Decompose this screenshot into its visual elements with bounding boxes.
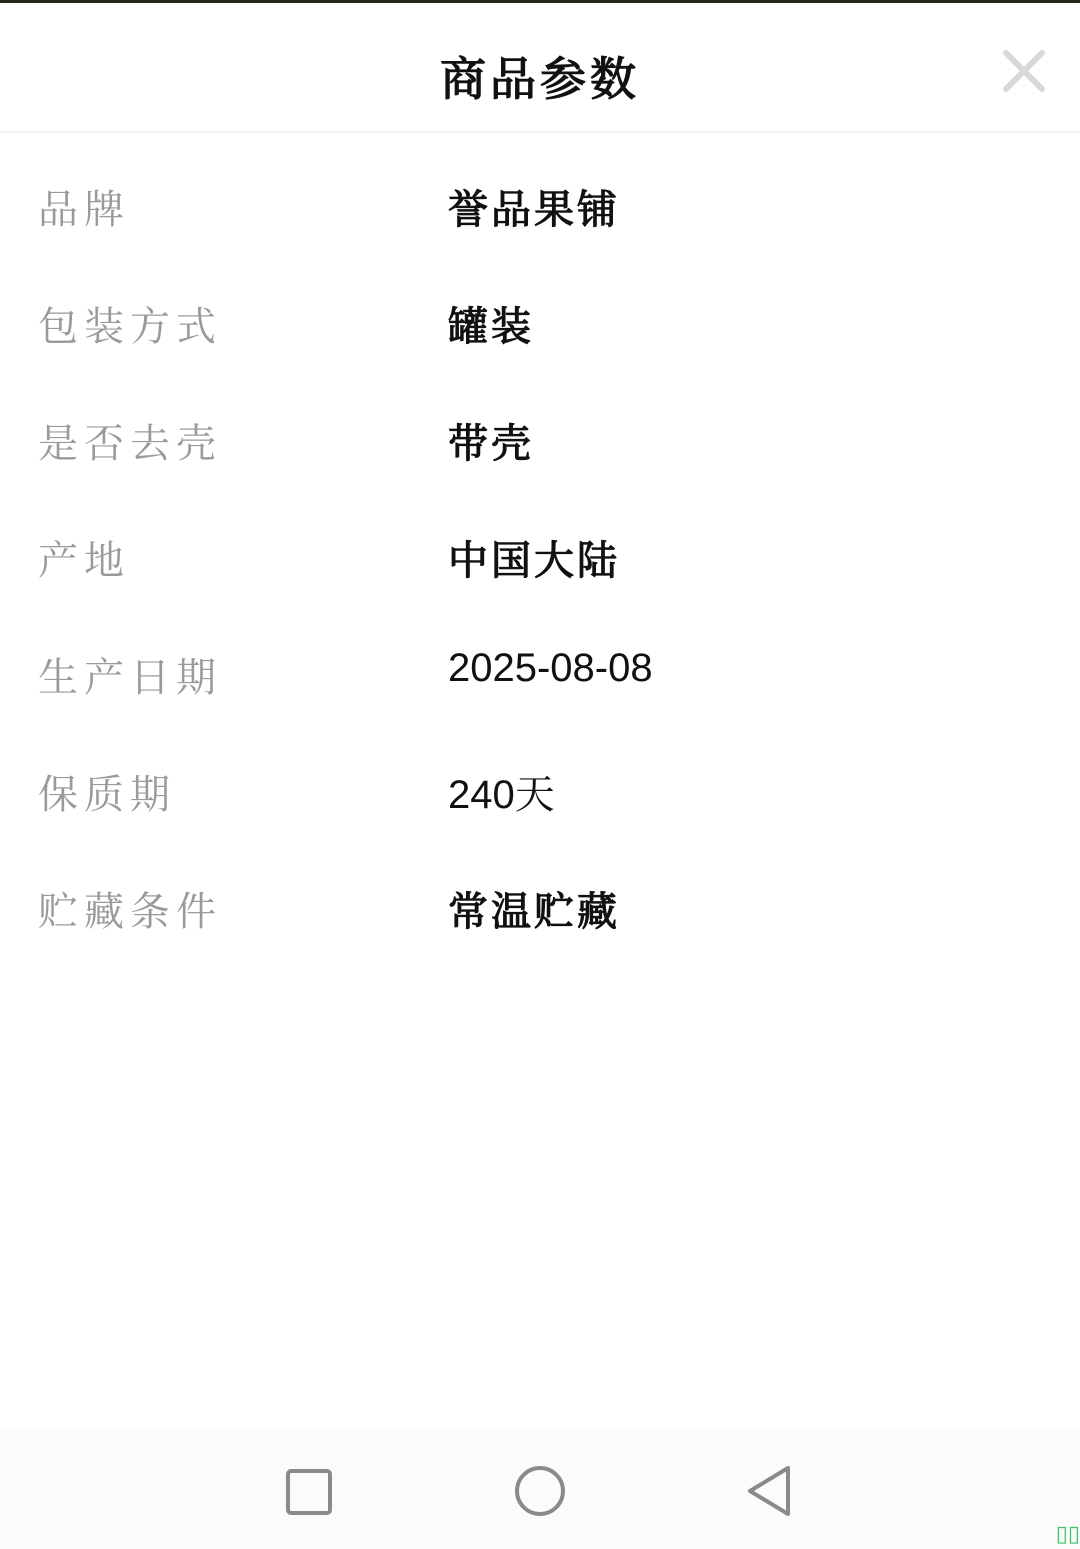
- param-value: 带壳: [448, 412, 534, 469]
- param-value: 罐装: [448, 295, 534, 352]
- recent-apps-icon: [279, 1460, 339, 1520]
- close-button[interactable]: [1000, 47, 1048, 95]
- back-button[interactable]: [740, 1460, 800, 1520]
- param-row-shelled: 是否去壳 带壳: [0, 380, 1080, 497]
- param-label: 包装方式: [38, 295, 222, 352]
- recent-apps-button[interactable]: [279, 1460, 339, 1520]
- close-icon: [1000, 47, 1048, 95]
- param-value: 中国大陆: [448, 529, 620, 586]
- param-row-production-date: 生产日期 2025-08-08: [0, 614, 1080, 731]
- home-icon: [510, 1460, 570, 1520]
- params-list: 品牌 誉品果铺 包装方式 罐装 是否去壳 带壳 产地 中国大陆 生产日期 202…: [0, 146, 1080, 965]
- param-label: 是否去壳: [38, 412, 222, 469]
- param-label: 保质期: [38, 763, 176, 820]
- system-navbar: [0, 1430, 1080, 1549]
- param-row-shelf-life: 保质期 240天: [0, 731, 1080, 848]
- param-label: 生产日期: [38, 646, 222, 703]
- param-row-brand: 品牌 誉品果铺: [0, 146, 1080, 263]
- param-value: 2025-08-08: [448, 646, 653, 691]
- back-icon: [740, 1460, 800, 1520]
- param-value: 240天: [448, 763, 555, 820]
- param-row-packaging: 包装方式 罐装: [0, 263, 1080, 380]
- param-row-storage: 贮藏条件 常温贮藏: [0, 848, 1080, 965]
- sheet-header: 商品参数: [0, 3, 1080, 133]
- param-label: 产地: [38, 529, 130, 586]
- param-value: 常温贮藏: [448, 880, 620, 937]
- corner-glyph: ▯▯: [1056, 1522, 1080, 1547]
- param-label: 贮藏条件: [38, 880, 222, 937]
- param-label: 品牌: [38, 178, 130, 235]
- param-value: 誉品果铺: [448, 178, 620, 235]
- home-button[interactable]: [510, 1460, 570, 1520]
- page-title: 商品参数: [0, 43, 1080, 109]
- param-row-origin: 产地 中国大陆: [0, 497, 1080, 614]
